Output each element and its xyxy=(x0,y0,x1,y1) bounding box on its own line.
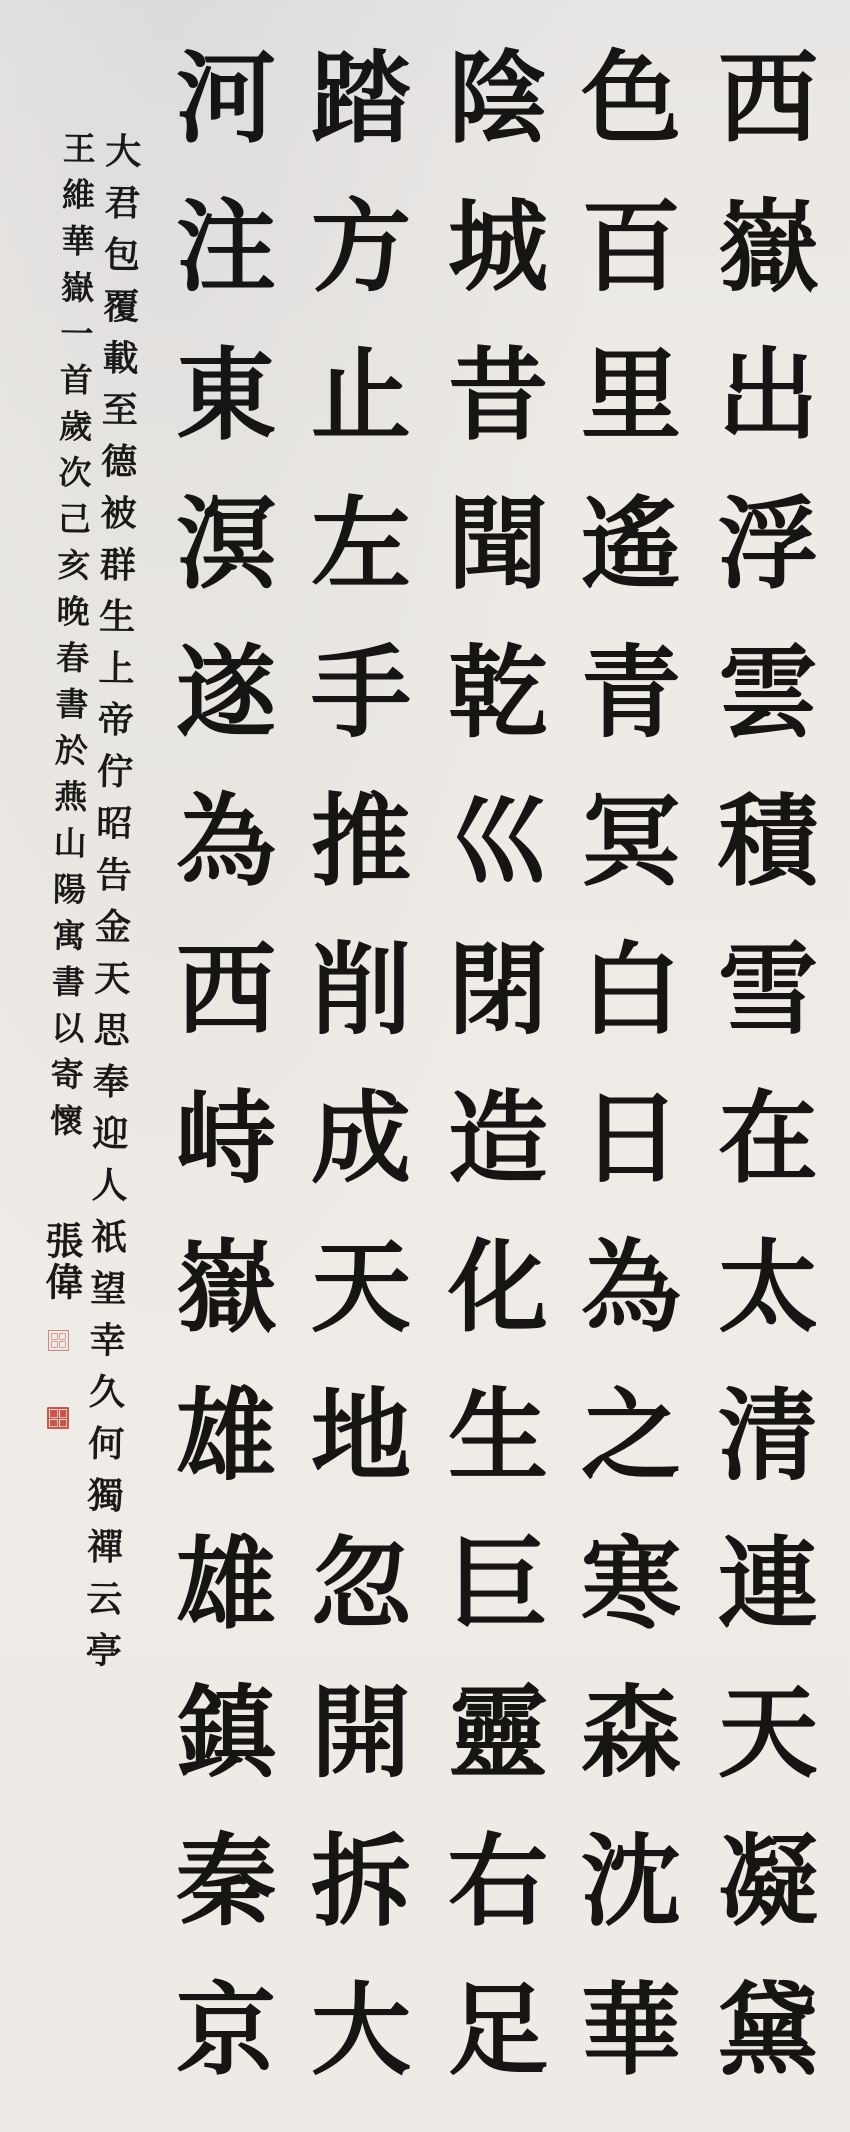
seal-2-glyph xyxy=(49,1419,58,1428)
poem-column-4: 踏方止左手推削成天地忽開拆大 xyxy=(303,45,403,2125)
seal-1-glyph xyxy=(51,1333,58,1340)
seal-2 xyxy=(47,1407,69,1429)
calligraphy-scroll: 西嶽出浮雲積雪在太清連天凝黛 色百里遙青冥白日為之寒森沈華 陰城昔聞乾巛閉造化生… xyxy=(0,0,850,2132)
poem-column-3: 陰城昔聞乾巛閉造化生巨靈右足 xyxy=(440,45,540,2125)
seal-1-glyph xyxy=(59,1341,66,1348)
poem-column-2: 色百里遙青冥白日為之寒森沈華 xyxy=(573,45,673,2125)
seal-2-glyph xyxy=(49,1409,58,1418)
seal-2-glyph xyxy=(59,1409,68,1418)
artist-signature: 張偉 xyxy=(42,1221,80,1303)
seal-1-glyph xyxy=(59,1333,66,1340)
seal-2-glyph xyxy=(59,1419,68,1428)
poem-column-1: 西嶽出浮雲積雪在太清連天凝黛 xyxy=(710,45,810,2125)
poem-column-5: 河注東溟遂為西峙嶽雄雄鎮秦京 xyxy=(168,45,268,2125)
seal-1-glyph xyxy=(51,1341,58,1348)
seal-1 xyxy=(48,1330,69,1351)
inscription-column-2: 王維華嶽一首歲次己亥晚春書於燕山陽寓書以寄懷 xyxy=(48,131,94,1150)
